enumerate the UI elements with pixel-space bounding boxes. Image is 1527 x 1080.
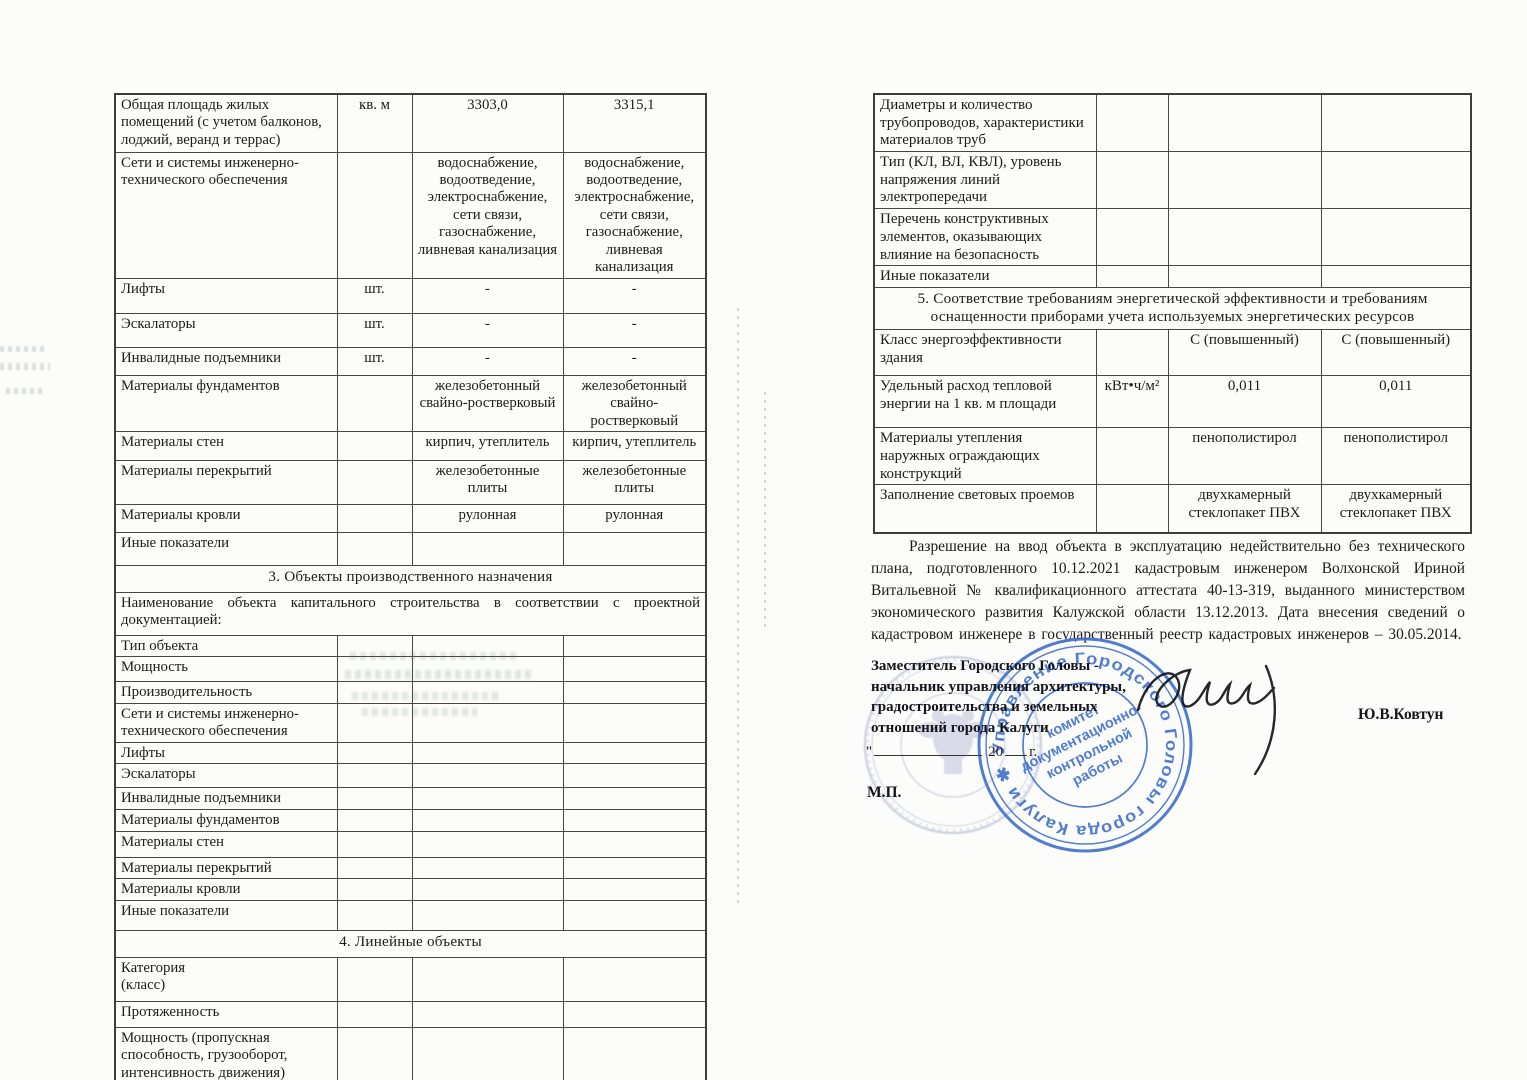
cell-label: Эскалаторы <box>115 764 337 788</box>
section-3-intro: Наименование объекта капитального строит… <box>115 593 706 636</box>
cell-value-1: С (повышенный) <box>1168 330 1321 376</box>
empty-cell <box>563 742 706 763</box>
scan-artifact <box>350 652 520 660</box>
empty-cell <box>563 809 706 831</box>
table-row: Тип (КЛ, ВЛ, КВЛ), уровень напряжения ли… <box>874 152 1471 209</box>
cell-value-1: рулонная <box>412 505 563 533</box>
cell-label: Материалы кровли <box>115 879 337 900</box>
cell-label: Материалы стен <box>115 831 337 857</box>
cell-label: Материалы перекрытий <box>115 461 337 505</box>
cell-unit <box>337 461 412 505</box>
cell-unit: шт. <box>337 347 412 375</box>
empty-cell <box>337 831 412 857</box>
empty-cell <box>1096 209 1168 266</box>
cell-value-2: кирпич, утеплитель <box>563 432 706 461</box>
table-row: Материалы кровли <box>115 879 706 900</box>
empty-cell <box>1168 209 1321 266</box>
empty-cell <box>412 742 563 763</box>
date-underline <box>874 742 982 756</box>
cell-label: Лифты <box>115 742 337 763</box>
cell-label: Мощность <box>115 657 337 682</box>
cell-label: Производительность <box>115 682 337 703</box>
cell-value-1 <box>412 533 563 566</box>
scan-artifact <box>737 308 739 908</box>
signature-title: Заместитель Городского Головы - начальни… <box>871 656 1141 739</box>
right-table: Диаметры и количество трубопроводов, хар… <box>873 93 1472 534</box>
scan-artifact <box>6 388 44 394</box>
cell-label: Перечень конструктивных элементов, оказы… <box>874 209 1096 266</box>
empty-cell <box>412 831 563 857</box>
cell-unit: шт. <box>337 278 412 313</box>
table-row: Эскалаторы <box>115 764 706 788</box>
cell-unit: кВт•ч/м² <box>1096 376 1168 428</box>
cell-value-2: двухкамерный стеклопакет ПВХ <box>1321 485 1471 533</box>
cell-value-2: 3315,1 <box>563 94 706 152</box>
empty-cell <box>1096 94 1168 152</box>
table-row: Материалы перекрытий железобетонные плит… <box>115 461 706 505</box>
scan-artifact <box>764 392 766 627</box>
empty-cell <box>412 1001 563 1027</box>
cell-value-1: двухкамерный стеклопакет ПВХ <box>1168 485 1321 533</box>
table-row: Материалы утепления наружных ограждающих… <box>874 428 1471 485</box>
scan-artifact <box>362 708 477 716</box>
cell-value-1: кирпич, утеплитель <box>412 432 563 461</box>
cell-unit <box>337 152 412 278</box>
cell-unit <box>1096 428 1168 485</box>
cell-value-1: водоснабжение, водоотведение, электросна… <box>412 152 563 278</box>
date-year-suffix: г. <box>1029 744 1037 760</box>
cell-value-2: рулонная <box>563 505 706 533</box>
empty-cell <box>412 764 563 788</box>
empty-cell <box>1168 152 1321 209</box>
cell-value-2: железобетонный свайно-ростверковый <box>563 375 706 431</box>
table-row: Инвалидные подъемники шт. - - <box>115 347 706 375</box>
empty-cell <box>337 1001 412 1027</box>
empty-cell <box>563 1001 706 1027</box>
table-row: Мощность (пропускная способность, грузоо… <box>115 1027 706 1080</box>
cell-label: Сети и системы инженерно-технического об… <box>115 152 337 278</box>
empty-cell <box>563 857 706 878</box>
cell-label: Категория (класс) <box>115 957 337 1001</box>
signature-scribble <box>1126 648 1306 783</box>
cell-value-2: пенополистирол <box>1321 428 1471 485</box>
table-row: Иные показатели <box>115 533 706 566</box>
cell-value-2: - <box>563 347 706 375</box>
cell-value-1: железобетонные плиты <box>412 461 563 505</box>
cell-value-2: - <box>563 313 706 347</box>
empty-cell <box>337 788 412 809</box>
empty-cell <box>337 742 412 763</box>
cell-value-2: 0,011 <box>1321 376 1471 428</box>
cell-label: Иные показатели <box>115 900 337 930</box>
empty-cell <box>563 636 706 657</box>
empty-cell <box>337 879 412 900</box>
cell-label: Материалы фундаментов <box>115 809 337 831</box>
table-row: Иные показатели <box>874 266 1471 288</box>
empty-cell <box>412 1027 563 1080</box>
cell-value-1: 0,011 <box>1168 376 1321 428</box>
left-page: Общая площадь жилых помещений (с учетом … <box>114 93 707 1080</box>
cell-label: Тип объекта <box>115 636 337 657</box>
date-line: "20г. <box>866 742 1037 761</box>
cell-label: Эскалаторы <box>115 313 337 347</box>
cell-label: Удельный расход тепловой энергии на 1 кв… <box>874 376 1096 428</box>
cell-label: Класс энергоэффективности здания <box>874 330 1096 376</box>
cell-value-2: железобетонные плиты <box>563 461 706 505</box>
table-row: Категория (класс) <box>115 957 706 1001</box>
cell-label: Диаметры и количество трубопроводов, хар… <box>874 94 1096 152</box>
legal-paragraph: Разрешение на ввод объекта в эксплуатаци… <box>871 536 1465 645</box>
scan-artifact <box>352 692 502 700</box>
table-row: Сети и системы инженерно-технического об… <box>115 152 706 278</box>
date-underline <box>1005 742 1027 756</box>
cell-label: Общая площадь жилых помещений (с учетом … <box>115 94 337 152</box>
empty-cell <box>1321 152 1471 209</box>
cell-label: Протяженность <box>115 1001 337 1027</box>
empty-cell <box>563 957 706 1001</box>
cell-value-2: С (повышенный) <box>1321 330 1471 376</box>
cell-label: Материалы кровли <box>115 505 337 533</box>
table-row: Перечень конструктивных элементов, оказы… <box>874 209 1471 266</box>
empty-cell <box>1096 152 1168 209</box>
empty-cell <box>563 703 706 742</box>
empty-cell <box>1321 266 1471 288</box>
empty-cell <box>412 809 563 831</box>
table-row: Лифты <box>115 742 706 763</box>
empty-cell <box>412 957 563 1001</box>
empty-cell <box>563 788 706 809</box>
cell-unit <box>1096 330 1168 376</box>
table-row: Материалы кровли рулонная рулонная <box>115 505 706 533</box>
empty-cell <box>337 1027 412 1080</box>
empty-cell <box>563 764 706 788</box>
scan-artifact <box>0 346 44 352</box>
table-row: Материалы фундаментов железобетонный сва… <box>115 375 706 431</box>
empty-cell <box>1168 94 1321 152</box>
cell-label: Мощность (пропускная способность, грузоо… <box>115 1027 337 1080</box>
table-row: Класс энергоэффективности здания С (повы… <box>874 330 1471 376</box>
cell-unit <box>337 533 412 566</box>
empty-cell <box>337 957 412 1001</box>
cell-label: Материалы перекрытий <box>115 857 337 878</box>
section-4-title: 4. Линейные объекты <box>115 930 706 957</box>
seal-placeholder-label: М.П. <box>867 784 901 802</box>
empty-cell <box>1321 94 1471 152</box>
empty-cell <box>563 1027 706 1080</box>
cell-value-1: пенополистирол <box>1168 428 1321 485</box>
table-row: Эскалаторы шт. - - <box>115 313 706 347</box>
table-row: Материалы фундаментов <box>115 809 706 831</box>
cell-unit: шт. <box>337 313 412 347</box>
date-quote: " <box>866 744 872 760</box>
section-3-title: 3. Объекты производственного назначения <box>115 566 706 593</box>
empty-cell <box>1168 266 1321 288</box>
cell-value-2 <box>563 533 706 566</box>
cell-value-1: - <box>412 347 563 375</box>
cell-unit <box>337 505 412 533</box>
empty-cell <box>1096 266 1168 288</box>
section-3-header-row: 3. Объекты производственного назначения <box>115 566 706 593</box>
scanned-document: { "left_page": { "main_table": { "rows":… <box>0 0 1527 1080</box>
cell-label: Инвалидные подъемники <box>115 347 337 375</box>
cell-label: Иные показатели <box>115 533 337 566</box>
scan-artifact <box>0 363 50 370</box>
cell-unit <box>337 375 412 431</box>
cell-label: Лифты <box>115 278 337 313</box>
cell-label: Иные показатели <box>874 266 1096 288</box>
cell-value-1: - <box>412 313 563 347</box>
cell-value-2: - <box>563 278 706 313</box>
empty-cell <box>337 900 412 930</box>
table-row: Общая площадь жилых помещений (с учетом … <box>115 94 706 152</box>
empty-cell <box>1321 209 1471 266</box>
official-name: Ю.В.Ковтун <box>1358 706 1443 724</box>
empty-cell <box>563 831 706 857</box>
section-4-header-row: 4. Линейные объекты <box>115 930 706 957</box>
cell-label: Заполнение световых проемов <box>874 485 1096 533</box>
empty-cell <box>563 900 706 930</box>
cell-value-1: железобетонный свайно-ростверковый <box>412 375 563 431</box>
table-row: Лифты шт. - - <box>115 278 706 313</box>
table-row: Иные показатели <box>115 900 706 930</box>
cell-label: Тип (КЛ, ВЛ, КВЛ), уровень напряжения ли… <box>874 152 1096 209</box>
table-row: Материалы стен <box>115 831 706 857</box>
empty-cell <box>412 900 563 930</box>
cell-label: Материалы стен <box>115 432 337 461</box>
left-table: Общая площадь жилых помещений (с учетом … <box>114 93 707 1080</box>
cell-label: Материалы фундаментов <box>115 375 337 431</box>
table-row: Диаметры и количество трубопроводов, хар… <box>874 94 1471 152</box>
empty-cell <box>337 764 412 788</box>
table-row: Инвалидные подъемники <box>115 788 706 809</box>
empty-cell <box>412 879 563 900</box>
table-row: Заполнение световых проемов двухкамерный… <box>874 485 1471 533</box>
cell-label: Инвалидные подъемники <box>115 788 337 809</box>
cell-label: Материалы утепления наружных ограждающих… <box>874 428 1096 485</box>
cell-unit: кв. м <box>337 94 412 152</box>
empty-cell <box>412 788 563 809</box>
cell-value-1: 3303,0 <box>412 94 563 152</box>
cell-label: Сети и системы инженерно-технического об… <box>115 703 337 742</box>
section-3-intro-row: Наименование объекта капитального строит… <box>115 593 706 636</box>
section-5-header-row: 5. Соответствие требованиям энергетическ… <box>874 288 1471 330</box>
empty-cell <box>563 657 706 682</box>
empty-cell <box>563 682 706 703</box>
table-row: Материалы стен кирпич, утеплитель кирпич… <box>115 432 706 461</box>
section-5-title: 5. Соответствие требованиям энергетическ… <box>874 288 1471 330</box>
cell-value-1: - <box>412 278 563 313</box>
table-row: Удельный расход тепловой энергии на 1 кв… <box>874 376 1471 428</box>
date-year-prefix: 20 <box>988 744 1003 760</box>
empty-cell <box>563 879 706 900</box>
empty-cell <box>337 857 412 878</box>
scan-artifact <box>345 670 535 679</box>
table-row: Материалы перекрытий <box>115 857 706 878</box>
table-row: Протяженность <box>115 1001 706 1027</box>
right-page: Диаметры и количество трубопроводов, хар… <box>873 93 1472 534</box>
empty-cell <box>412 857 563 878</box>
cell-unit <box>337 432 412 461</box>
cell-value-2: водоснабжение, водоотведение, электросна… <box>563 152 706 278</box>
empty-cell <box>337 809 412 831</box>
cell-unit <box>1096 485 1168 533</box>
